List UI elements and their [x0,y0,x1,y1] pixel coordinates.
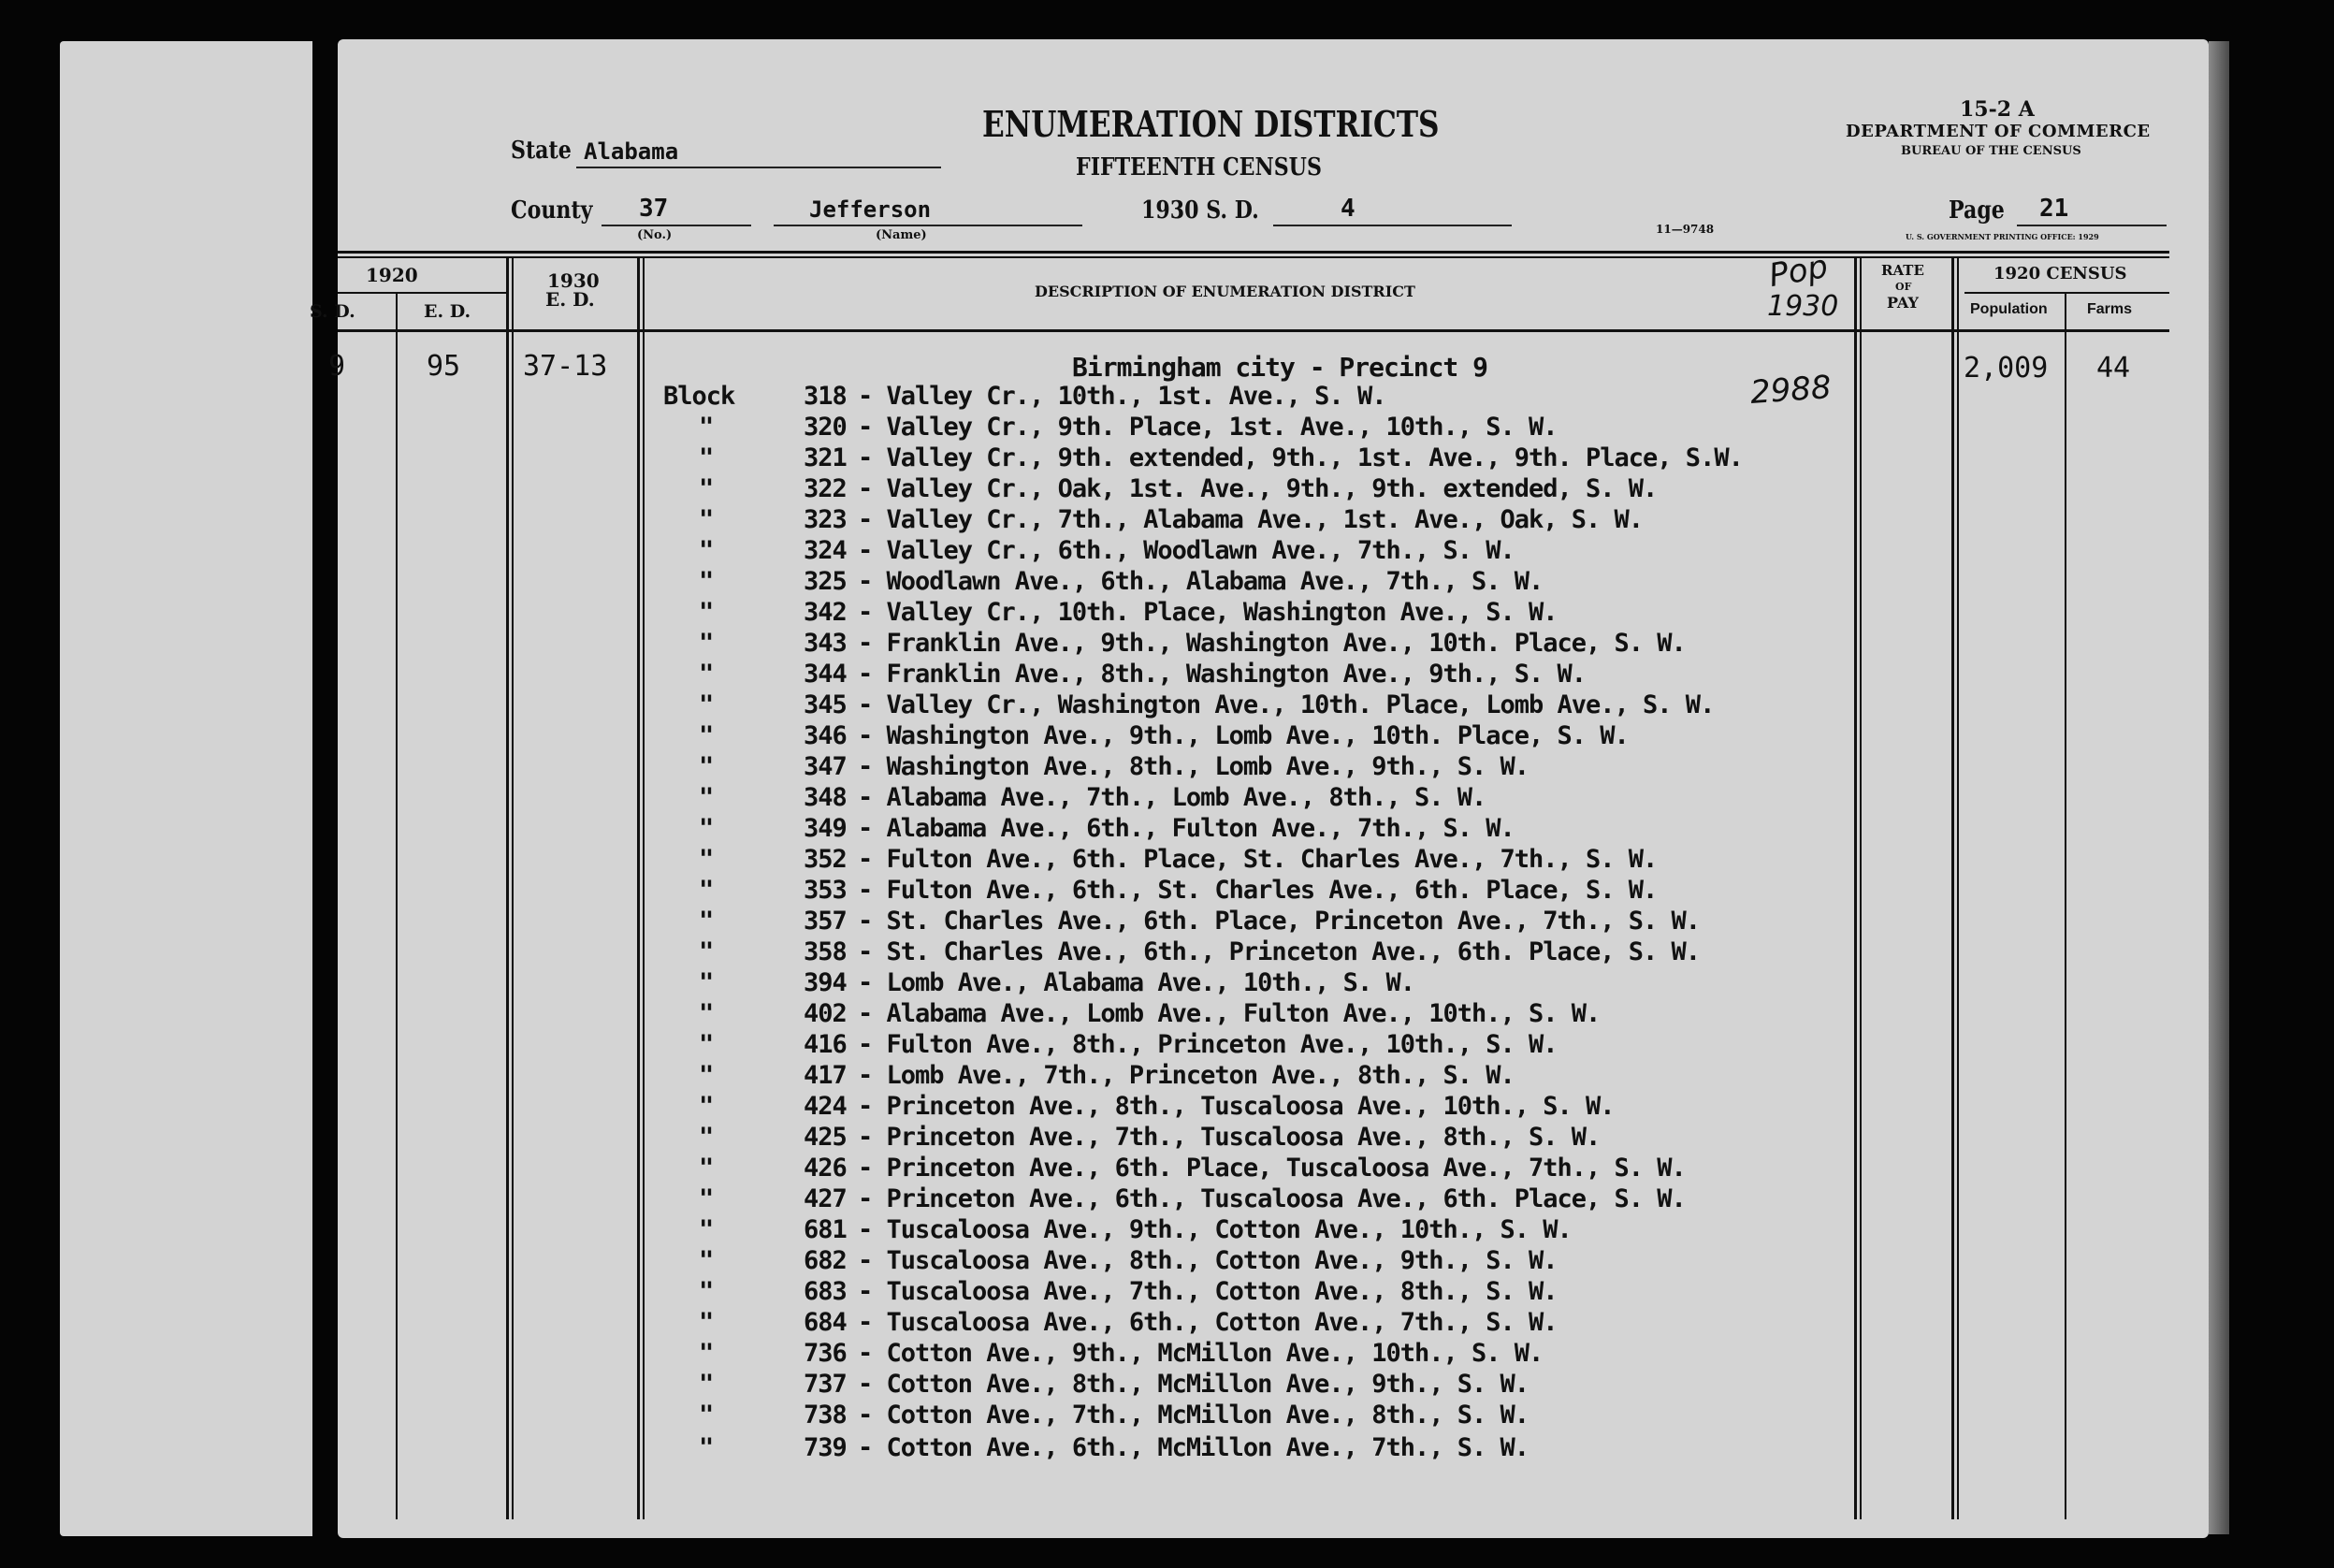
block-row: "402- Alabama Ave., Lomb Ave., Fulton Av… [663,999,1851,1030]
department-name: DEPARTMENT OF COMMERCE [1846,122,2151,141]
col-rule-farms [2065,292,2066,1519]
header-farms: Farms [2087,301,2132,318]
block-row: "737- Cotton Ave., 8th., McMillon Ave., … [663,1370,1851,1401]
ditto-mark: " [699,474,713,503]
farms-1920-value: 44 [2096,352,2130,385]
handwritten-pop-label: Pop [1766,248,1831,295]
block-number: 358 [804,937,847,966]
ditto-mark: " [699,1061,713,1090]
block-number: 425 [804,1123,847,1152]
block-number: 323 [804,505,847,534]
block-row: "342- Valley Cr., 10th. Place, Washingto… [663,598,1851,629]
form-subtitle: FIFTEENTH CENSUS [1076,153,1322,181]
block-row: Block318- Valley Cr., 10th., 1st. Ave., … [663,382,1851,413]
block-number: 682 [804,1246,847,1275]
col-rule-desc-b [643,256,645,1519]
ditto-mark: " [699,567,713,596]
block-row: "424- Princeton Ave., 8th., Tuscaloosa A… [663,1092,1851,1123]
ditto-mark: " [699,876,713,905]
block-number: 681 [804,1215,847,1244]
col-rule-pop-b [1957,256,1959,1519]
page-field: 21 [2017,195,2167,226]
block-description: - Tuscaloosa Ave., 7th., Cotton Ave., 8t… [858,1277,1558,1306]
block-description: - Tuscaloosa Ave., 8th., Cotton Ave., 9t… [858,1246,1558,1275]
block-number: 349 [804,814,847,843]
block-description: - Washington Ave., 9th., Lomb Ave., 10th… [858,721,1629,750]
page-label: Page [1949,196,2005,225]
ditto-mark: " [699,1030,713,1059]
block-number: 427 [804,1184,847,1213]
block-description: - Lomb Ave., Alabama Ave., 10th., S. W. [858,968,1414,997]
block-description: - Valley Cr., 10th. Place, Washington Av… [858,598,1558,627]
col-rule-desc-a [637,256,640,1519]
ditto-mark: " [699,1215,713,1244]
ditto-mark: " [699,629,713,658]
block-row: "321- Valley Cr., 9th. extended, 9th., 1… [663,443,1851,474]
block-description: - Valley Cr., Oak, 1st. Ave., 9th., 9th.… [858,474,1657,503]
bureau-name: BUREAU OF THE CENSUS [1901,144,2081,158]
block-number: 344 [804,660,847,689]
county-name-caption: (Name) [876,228,927,242]
header-1920-ed: E. D. [424,301,471,322]
sd-value: 4 [1341,195,1355,223]
block-description: - Alabama Ave., 7th., Lomb Ave., 8th., S… [858,783,1486,812]
ditto-mark: " [699,1154,713,1183]
block-description: - Cotton Ave., 6th., McMillon Ave., 7th.… [858,1433,1529,1462]
county-name-value: Jefferson [809,196,931,223]
header-description: DESCRIPTION OF ENUMERATION DISTRICT [1035,283,1415,300]
block-description: - Valley Cr., 7th., Alabama Ave., 1st. A… [858,505,1643,534]
header-rate: RATE [1881,262,1924,279]
ditto-mark: " [699,968,713,997]
header-1920-group: 1920 [366,264,418,286]
ditto-mark: " [699,1401,713,1430]
block-description: - Valley Cr., 6th., Woodlawn Ave., 7th.,… [858,536,1515,565]
block-description: - Princeton Ave., 6th. Place, Tuscaloosa… [858,1154,1686,1183]
ditto-mark: " [699,443,713,472]
county-number-caption: (No.) [637,228,672,242]
header-bottom-rule [338,329,2169,332]
block-number: 417 [804,1061,847,1090]
ditto-mark: " [699,814,713,843]
block-row: "739- Cotton Ave., 6th., McMillon Ave., … [663,1433,1851,1464]
block-description: - Valley Cr., Washington Ave., 10th. Pla… [858,690,1714,719]
state-label: State [511,137,572,165]
block-description: - Lomb Ave., 7th., Princeton Ave., 8th.,… [858,1061,1515,1090]
block-row: "416- Fulton Ave., 8th., Princeton Ave.,… [663,1030,1851,1061]
block-description: - Valley Cr., 9th. extended, 9th., 1st. … [858,443,1743,472]
block-description: - Franklin Ave., 9th., Washington Ave., … [858,629,1686,658]
block-number: 346 [804,721,847,750]
ed-1930-value: 37-13 [523,350,607,383]
block-number: 347 [804,752,847,781]
block-row: "352- Fulton Ave., 6th. Place, St. Charl… [663,845,1851,876]
block-row: "348- Alabama Ave., 7th., Lomb Ave., 8th… [663,783,1851,814]
col-rule-sd-ed [396,292,398,1519]
block-number: 683 [804,1277,847,1306]
ditto-mark: " [699,783,713,812]
header-population: Population [1970,301,2048,318]
block-number: 318 [804,382,847,411]
block-description: - Princeton Ave., 8th., Tuscaloosa Ave.,… [858,1092,1615,1121]
handwritten-pop-year: 1930 [1767,290,1838,323]
header-1930-ed: E. D. [545,288,595,311]
block-row: "346- Washington Ave., 9th., Lomb Ave., … [663,721,1851,752]
block-list: Block318- Valley Cr., 10th., 1st. Ave., … [663,382,1851,1464]
ditto-mark: " [699,505,713,534]
ditto-mark: " [699,660,713,689]
ditto-mark: " [699,845,713,874]
sd-label: 1930 S. D. [1141,196,1259,225]
table-top-rule [338,251,2169,254]
ditto-mark: " [699,1092,713,1121]
form-number: 15-2 A [1960,97,2035,122]
block-description: - Cotton Ave., 8th., McMillon Ave., 9th.… [858,1370,1529,1399]
block-description: - Franklin Ave., 8th., Washington Ave., … [858,660,1586,689]
col-rule-rate-a [1854,256,1857,1519]
header-of: OF [1895,281,1911,293]
county-number-value: 37 [639,195,668,223]
ditto-mark: " [699,721,713,750]
block-number: 348 [804,783,847,812]
rule-1920-census-group [1964,292,2169,294]
sd-field: 4 [1273,195,1512,226]
block-number: 416 [804,1030,847,1059]
ditto-mark: " [699,1339,713,1368]
block-row: "426- Princeton Ave., 6th. Place, Tuscal… [663,1154,1851,1184]
block-number: 738 [804,1401,847,1430]
table-top-rule-2 [338,256,2169,258]
ditto-mark: " [699,536,713,565]
block-row: "353- Fulton Ave., 6th., St. Charles Ave… [663,876,1851,907]
ditto-mark: " [699,1277,713,1306]
block-description: - Alabama Ave., 6th., Fulton Ave., 7th.,… [858,814,1515,843]
ditto-mark: " [699,1370,713,1399]
block-row: "682- Tuscaloosa Ave., 8th., Cotton Ave.… [663,1246,1851,1277]
block-row: "738- Cotton Ave., 7th., McMillon Ave., … [663,1401,1851,1433]
block-number: 320 [804,413,847,442]
block-number: 353 [804,876,847,905]
block-row: "357- St. Charles Ave., 6th. Place, Prin… [663,907,1851,937]
block-description: - Cotton Ave., 9th., McMillon Ave., 10th… [858,1339,1543,1368]
block-row: "427- Princeton Ave., 6th., Tuscaloosa A… [663,1184,1851,1215]
col-rule-ed-1930a [506,256,509,1519]
block-row: "683- Tuscaloosa Ave., 7th., Cotton Ave.… [663,1277,1851,1308]
ditto-mark: " [699,413,713,442]
state-value: Alabama [584,138,678,165]
ditto-mark: " [699,598,713,627]
rule-1920-group [338,292,509,294]
adjacent-page-edge [60,41,312,1536]
block-row: "323- Valley Cr., 7th., Alabama Ave., 1s… [663,505,1851,536]
block-number: 325 [804,567,847,596]
block-number: 342 [804,598,847,627]
block-description: - Fulton Ave., 6th., St. Charles Ave., 6… [858,876,1657,905]
block-description: - Tuscaloosa Ave., 9th., Cotton Ave., 10… [858,1215,1572,1244]
block-number: 684 [804,1308,847,1337]
block-description: - Valley Cr., 10th., 1st. Ave., S. W. [858,382,1385,411]
county-name-field: Jefferson [774,195,1082,226]
block-description: - Woodlawn Ave., 6th., Alabama Ave., 7th… [858,567,1543,596]
form-title: ENUMERATION DISTRICTS [982,103,1440,145]
page-edge-shadow [2209,41,2229,1534]
block-row: "394- Lomb Ave., Alabama Ave., 10th., S.… [663,968,1851,999]
block-number: 736 [804,1339,847,1368]
block-row: "347- Washington Ave., 8th., Lomb Ave., … [663,752,1851,783]
sd-1920-value: 9 [328,350,345,383]
block-number: 324 [804,536,847,565]
block-description: - St. Charles Ave., 6th., Princeton Ave.… [858,937,1700,966]
block-description: - St. Charles Ave., 6th. Place, Princeto… [858,907,1700,936]
block-row: "324- Valley Cr., 6th., Woodlawn Ave., 7… [663,536,1851,567]
census-form-page: ENUMERATION DISTRICTS FIFTEENTH CENSUS 1… [338,39,2209,1538]
ditto-mark: " [699,1184,713,1213]
ditto-mark: " [699,690,713,719]
block-row: "345- Valley Cr., Washington Ave., 10th.… [663,690,1851,721]
block-row: "358- St. Charles Ave., 6th., Princeton … [663,937,1851,968]
page-value: 21 [2039,195,2068,223]
county-number-field: 37 [602,195,751,226]
population-1920-value: 2,009 [1964,352,2048,385]
state-field: Alabama [576,137,941,168]
block-number: 737 [804,1370,847,1399]
block-number: 394 [804,968,847,997]
county-label: County [511,196,593,225]
block-number: 739 [804,1433,847,1462]
ditto-mark: " [699,1308,713,1337]
block-description: - Valley Cr., 9th. Place, 1st. Ave., 10t… [858,413,1558,442]
block-number: 322 [804,474,847,503]
ditto-mark: " [699,907,713,936]
block-row: "343- Franklin Ave., 9th., Washington Av… [663,629,1851,660]
ditto-mark: " [699,999,713,1028]
block-row: "349- Alabama Ave., 6th., Fulton Ave., 7… [663,814,1851,845]
header-pay: PAY [1887,294,1919,312]
block-number: 345 [804,690,847,719]
col-rule-pop-a [1951,256,1954,1519]
header-1920-census: 1920 CENSUS [1993,264,2127,283]
block-description: - Washington Ave., 8th., Lomb Ave., 9th.… [858,752,1529,781]
block-number: 343 [804,629,847,658]
ditto-mark: " [699,1246,713,1275]
col-rule-ed-1930b [512,256,514,1519]
col-rule-rate-b [1860,256,1862,1519]
block-number: 321 [804,443,847,472]
ed-1920-value: 95 [427,350,460,383]
block-description: - Alabama Ave., Lomb Ave., Fulton Ave., … [858,999,1600,1028]
ditto-mark: " [699,1123,713,1152]
block-row: "325- Woodlawn Ave., 6th., Alabama Ave.,… [663,567,1851,598]
block-description: - Fulton Ave., 8th., Princeton Ave., 10t… [858,1030,1558,1059]
block-row: "736- Cotton Ave., 9th., McMillon Ave., … [663,1339,1851,1370]
block-number: 402 [804,999,847,1028]
block-description: - Fulton Ave., 6th. Place, St. Charles A… [858,845,1657,874]
block-row: "344- Franklin Ave., 8th., Washington Av… [663,660,1851,690]
block-description: - Tuscaloosa Ave., 6th., Cotton Ave., 7t… [858,1308,1558,1337]
ditto-mark: " [699,752,713,781]
ditto-mark: " [699,937,713,966]
block-number: 426 [804,1154,847,1183]
block-number: 352 [804,845,847,874]
block-row: "320- Valley Cr., 9th. Place, 1st. Ave.,… [663,413,1851,443]
block-number: 424 [804,1092,847,1121]
district-place: Birmingham city - Precinct 9 [1072,352,1487,383]
ditto-mark: " [699,1433,713,1462]
printing-office: U. S. GOVERNMENT PRINTING OFFICE: 1929 [1906,232,2099,241]
print-code: 11—9748 [1656,223,1714,236]
block-number: 357 [804,907,847,936]
block-label: Block [663,382,734,411]
block-row: "425- Princeton Ave., 7th., Tuscaloosa A… [663,1123,1851,1154]
block-row: "322- Valley Cr., Oak, 1st. Ave., 9th., … [663,474,1851,505]
block-row: "684- Tuscaloosa Ave., 6th., Cotton Ave.… [663,1308,1851,1339]
header-1920-sd: S. D. [310,301,355,322]
block-description: - Princeton Ave., 7th., Tuscaloosa Ave.,… [858,1123,1600,1152]
block-row: "417- Lomb Ave., 7th., Princeton Ave., 8… [663,1061,1851,1092]
block-description: - Cotton Ave., 7th., McMillon Ave., 8th.… [858,1401,1529,1430]
block-description: - Princeton Ave., 6th., Tuscaloosa Ave.,… [858,1184,1686,1213]
block-row: "681- Tuscaloosa Ave., 9th., Cotton Ave.… [663,1215,1851,1246]
